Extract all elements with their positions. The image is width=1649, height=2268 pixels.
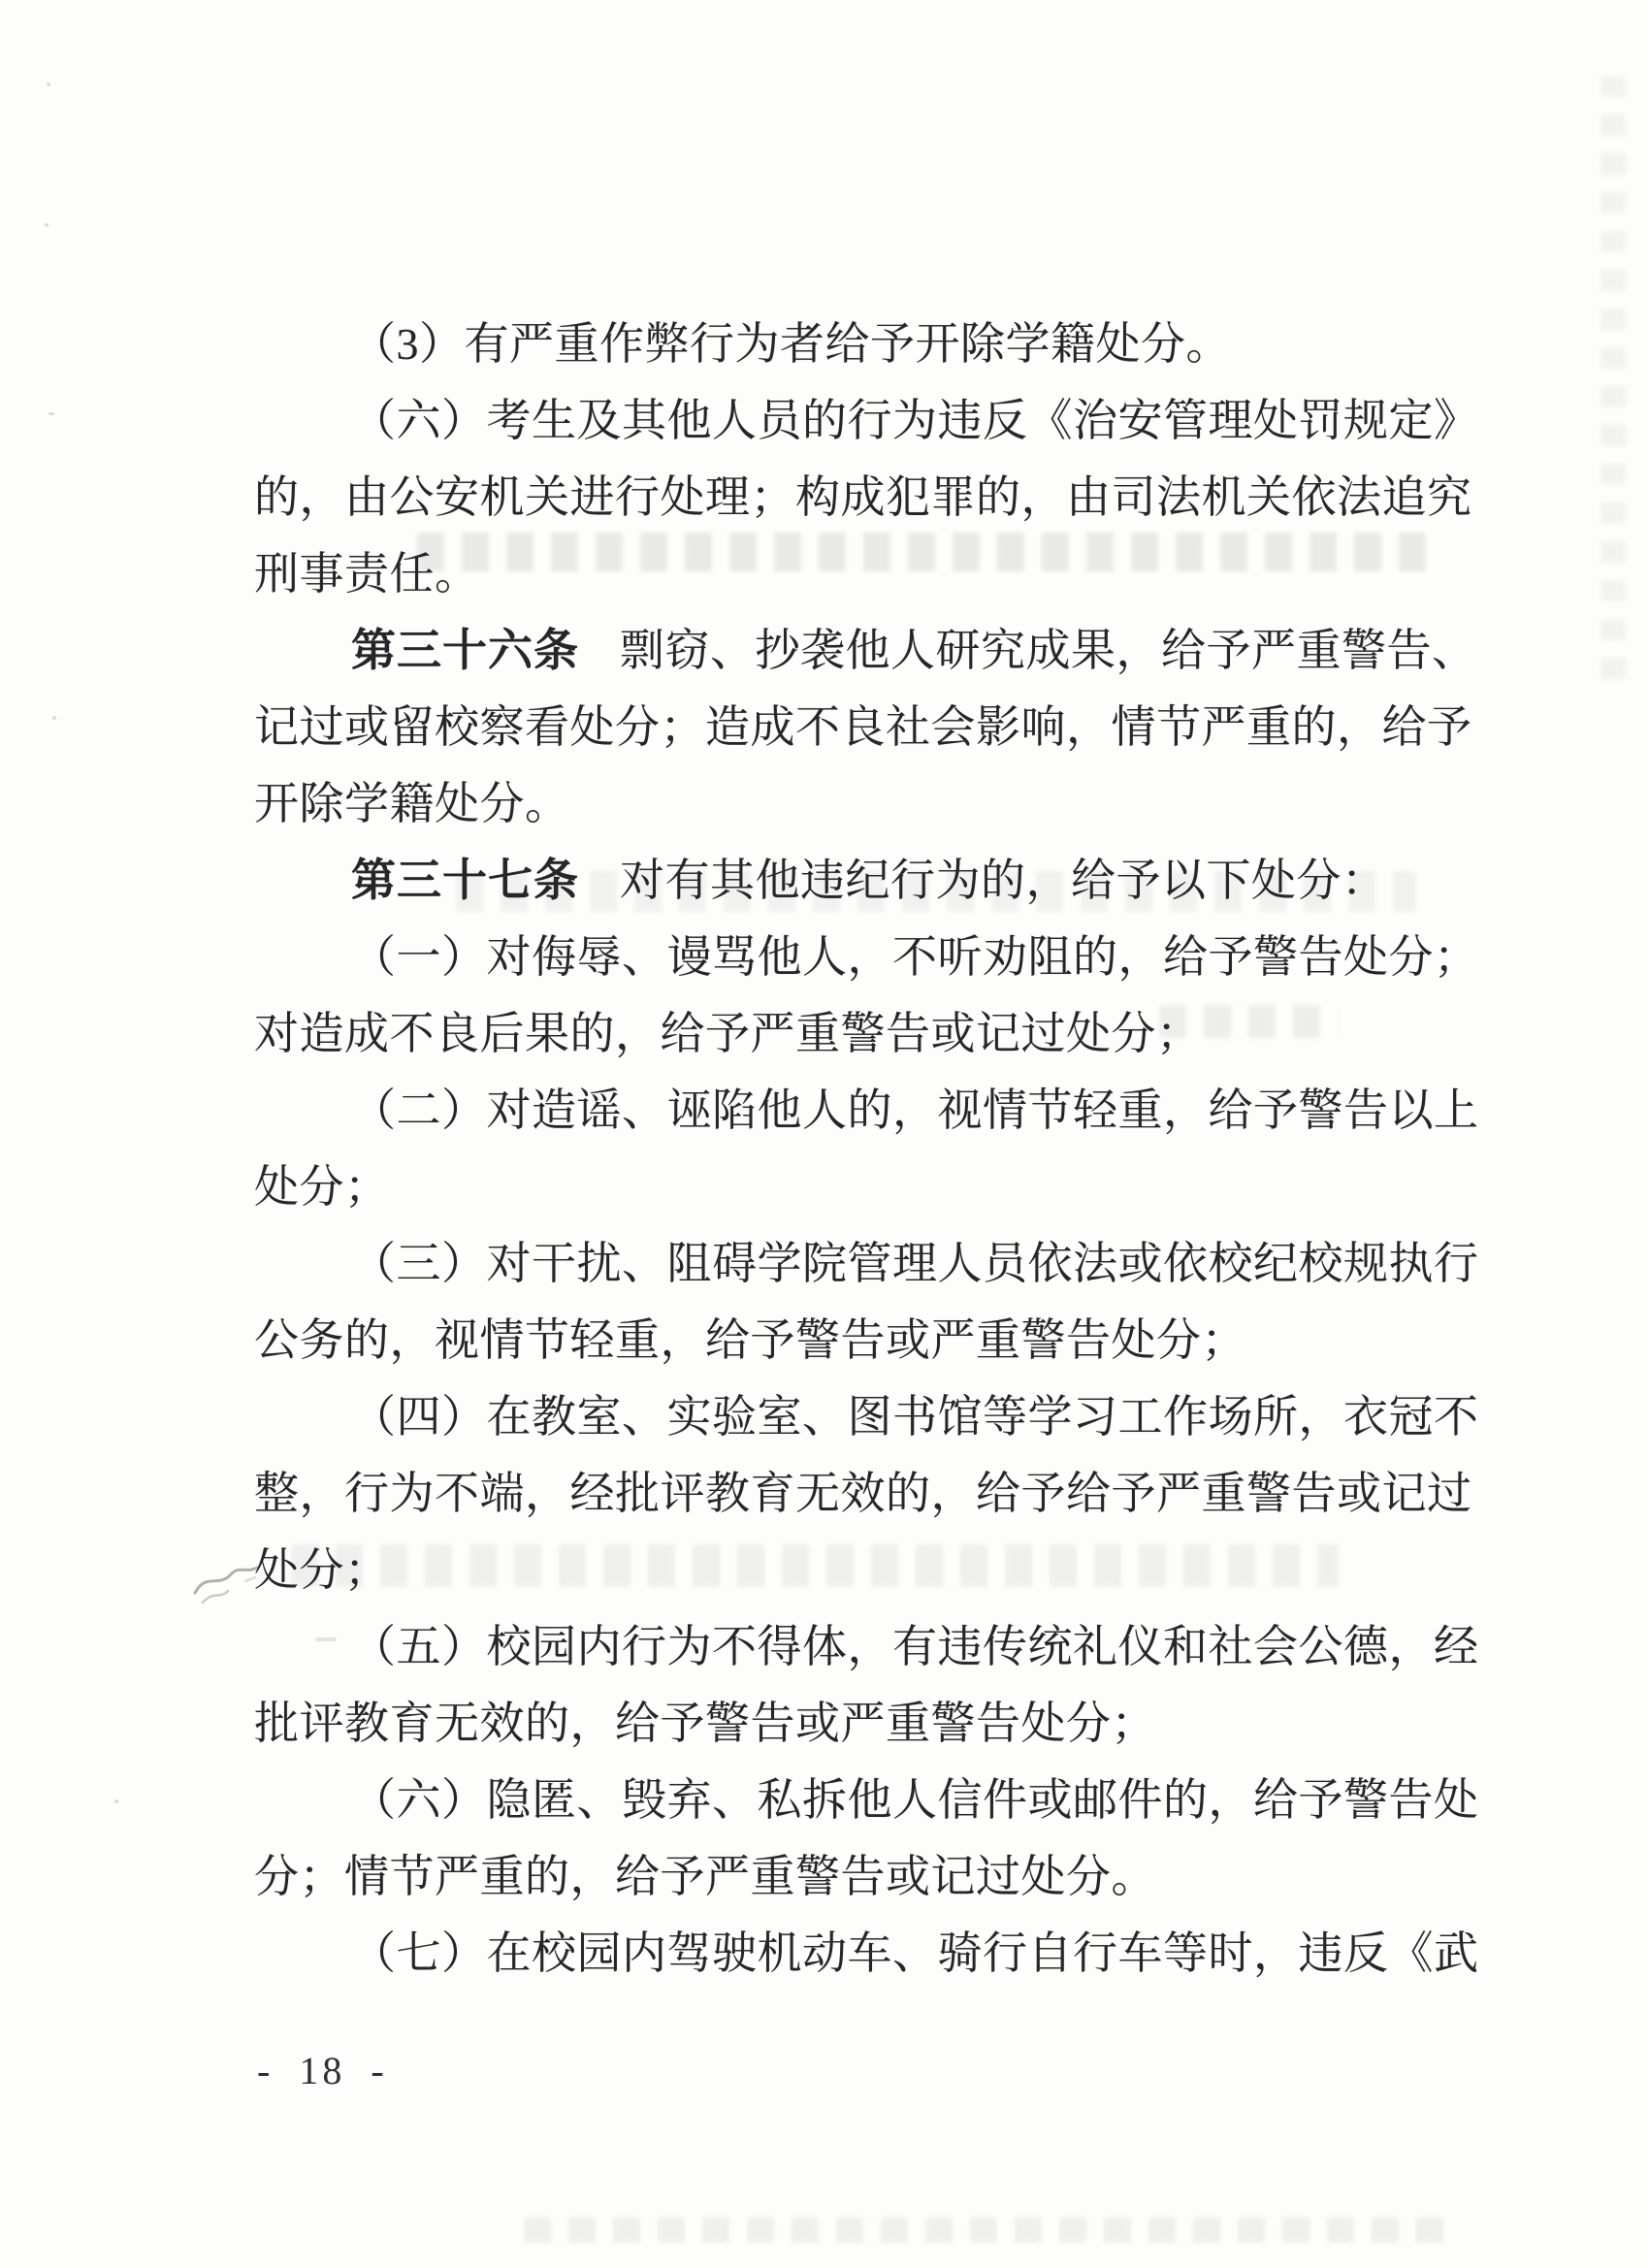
text-line: 分；情节严重的，给予严重警告或记过处分。	[254, 1838, 1515, 1915]
text-line: （六）考生及其他人员的行为违反《治安管理处罚规定》	[254, 382, 1515, 459]
line-text: 整，行为不端，经批评教育无效的，给予给予严重警告或记过	[254, 1469, 1472, 1518]
line-text: （二）对造谣、诬陷他人的，视情节轻重，给予警告以上	[351, 1085, 1479, 1135]
text-line: 批评教育无效的，给予警告或严重警告处分；	[254, 1685, 1515, 1762]
scan-speck	[48, 412, 54, 415]
text-line: 开除学籍处分。	[254, 765, 1515, 842]
line-text: 的，由公安机关进行处理；构成犯罪的，由司法机关依法追究	[254, 472, 1472, 522]
text-line: （三）对干扰、阻碍学院管理人员依法或依校纪校规执行	[254, 1225, 1515, 1302]
text-line: 的，由公安机关进行处理；构成犯罪的，由司法机关依法追究	[254, 459, 1515, 535]
text-line: 记过或留校察看处分；造成不良社会影响，情节严重的，给予	[254, 689, 1515, 765]
text-line: 整，行为不端，经批评教育无效的，给予给予严重警告或记过	[254, 1455, 1515, 1532]
text-line: 第三十六条剽窃、抄袭他人研究成果，给予严重警告、	[254, 612, 1515, 689]
scan-speck	[52, 716, 56, 720]
line-text: （六）隐匿、毁弃、私拆他人信件或邮件的，给予警告处	[351, 1775, 1479, 1825]
text-line: 处分；	[254, 1532, 1515, 1608]
line-text: 批评教育无效的，给予警告或严重警告处分；	[254, 1699, 1156, 1748]
bleed-through-ghost	[1600, 58, 1626, 679]
line-text: 开除学籍处分。	[254, 779, 570, 828]
line-text: 记过或留校察看处分；造成不良社会影响，情节严重的，给予	[254, 702, 1472, 752]
line-text: （3）有严重作弊行为者给予开除学籍处分。	[351, 319, 1231, 369]
text-line: （四）在教室、实验室、图书馆等学习工作场所，衣冠不	[254, 1378, 1515, 1455]
line-text: 剽窃、抄袭他人研究成果，给予严重警告、	[620, 626, 1477, 675]
line-text: 刑事责任。	[254, 549, 480, 599]
text-line: （一）对侮辱、谩骂他人，不听劝阻的，给予警告处分；	[254, 919, 1515, 995]
line-text: （五）校园内行为不得体，有违传统礼仪和社会公德，经	[351, 1622, 1479, 1671]
bleed-through-ghost	[524, 2218, 1445, 2243]
line-text: 分；情节严重的，给予严重警告或记过处分。	[254, 1852, 1156, 1901]
text-line: 刑事责任。	[254, 535, 1515, 612]
line-text: （四）在教室、实验室、图书馆等学习工作场所，衣冠不	[351, 1392, 1479, 1442]
scanned-page: （3）有严重作弊行为者给予开除学籍处分。（六）考生及其他人员的行为违反《治安管理…	[0, 0, 1649, 2268]
text-line: （六）隐匿、毁弃、私拆他人信件或邮件的，给予警告处	[254, 1762, 1515, 1838]
line-text: （六）考生及其他人员的行为违反《治安管理处罚规定》	[351, 396, 1479, 445]
text-line: （五）校园内行为不得体，有违传统礼仪和社会公德，经	[254, 1608, 1515, 1685]
scan-speck	[47, 82, 50, 86]
document-body: （3）有严重作弊行为者给予开除学籍处分。（六）考生及其他人员的行为违反《治安管理…	[254, 306, 1515, 1992]
article-number: 第三十六条	[351, 626, 579, 675]
line-text: 处分；	[254, 1162, 390, 1212]
line-text: 公务的，视情节轻重，给予警告或严重警告处分；	[254, 1315, 1246, 1365]
text-line: 第三十七条对有其他违纪行为的，给予以下处分：	[254, 842, 1515, 919]
text-line: （3）有严重作弊行为者给予开除学籍处分。	[254, 306, 1515, 382]
text-line: （七）在校园内驾驶机动车、骑行自行车等时，违反《武	[254, 1915, 1515, 1992]
page-number: - 18 -	[257, 2049, 388, 2093]
text-line: 处分；	[254, 1149, 1515, 1225]
scan-speck	[114, 1799, 118, 1803]
scan-speck	[45, 223, 48, 227]
line-text: （一）对侮辱、谩骂他人，不听劝阻的，给予警告处分；	[351, 932, 1479, 982]
line-text: 对造成不良后果的，给予严重警告或记过处分；	[254, 1009, 1202, 1058]
line-text: （七）在校园内驾驶机动车、骑行自行车等时，违反《武	[351, 1928, 1479, 1978]
text-line: 公务的，视情节轻重，给予警告或严重警告处分；	[254, 1302, 1515, 1378]
text-line: 对造成不良后果的，给予严重警告或记过处分；	[254, 995, 1515, 1072]
line-text: （三）对干扰、阻碍学院管理人员依法或依校纪校规执行	[351, 1239, 1479, 1288]
article-number: 第三十七条	[351, 856, 579, 905]
text-line: （二）对造谣、诬陷他人的，视情节轻重，给予警告以上	[254, 1072, 1515, 1149]
line-text: 对有其他违纪行为的，给予以下处分：	[620, 856, 1387, 905]
line-text: 处分；	[254, 1545, 390, 1595]
